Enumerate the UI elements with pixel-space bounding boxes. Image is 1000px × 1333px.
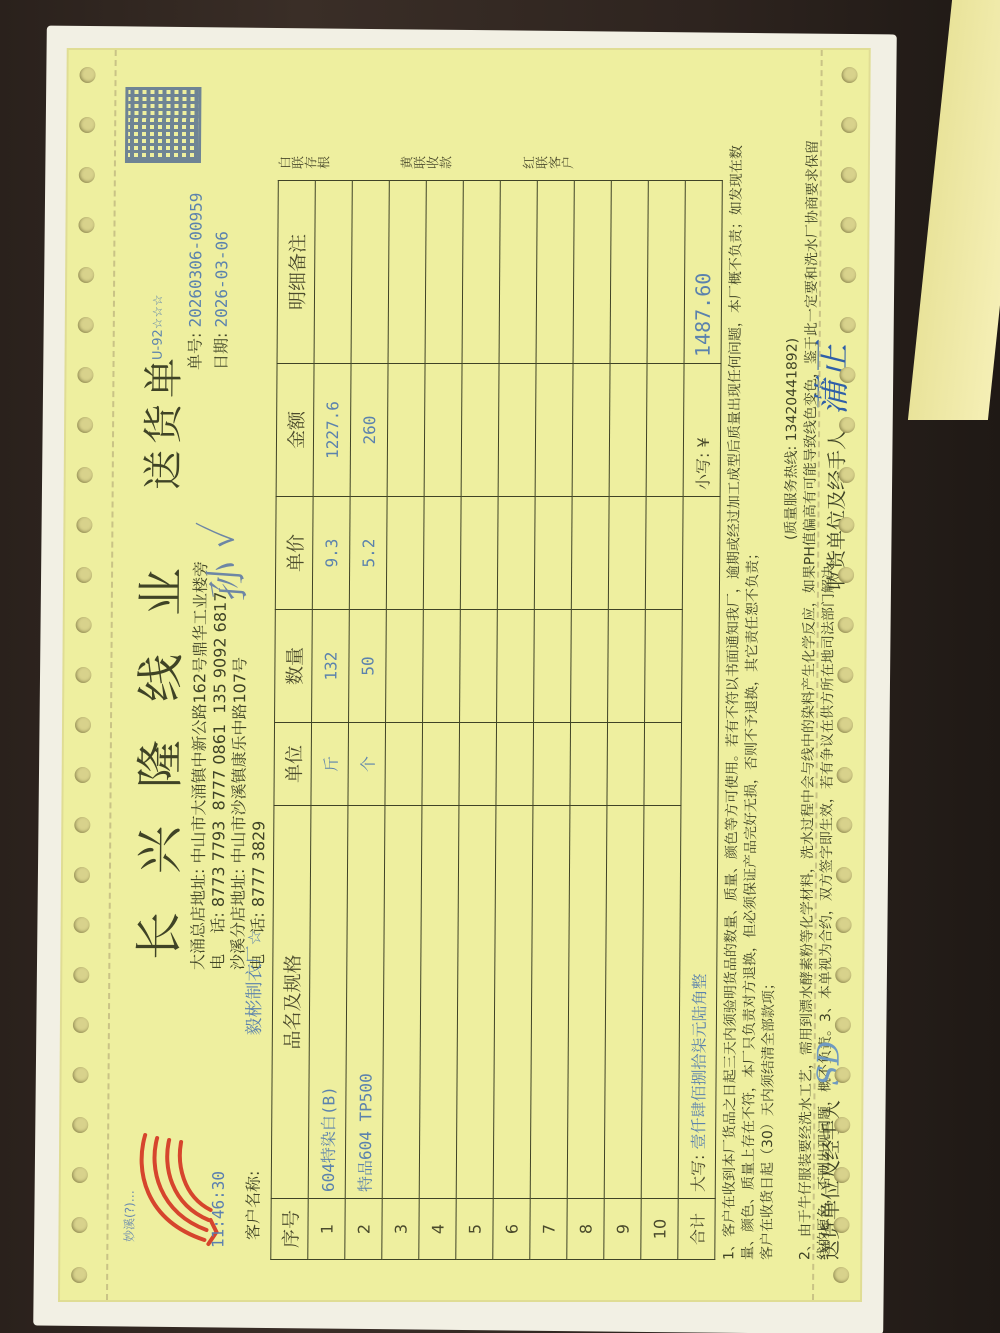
- lowercase-label: 小写: ¥: [683, 364, 721, 497]
- address-line: 电 话: 8773 7793 8777 0861 135 9092 6817: [208, 561, 231, 970]
- date-label: 日期:: [211, 333, 230, 370]
- customer-row: 客户名称: 毅彬制衣厂☆: [238, 929, 266, 1240]
- copy-label-red: 红联客户: [522, 157, 574, 172]
- col-header-note: 明细备注: [277, 181, 315, 364]
- order-meta: 单号: 20260306-00959 日期: 2026-03-06: [182, 193, 235, 370]
- copy-label-yellow: 黄联收款: [400, 157, 452, 172]
- delivery-note: 妙溪(?)… 11:46:30 长兴隆线业 送货单 大涌总店地址: 中山市大涌镇…: [60, 50, 869, 1300]
- customer-value: 毅彬制衣厂☆: [244, 929, 266, 1035]
- order-no-value: 20260306-00959: [186, 193, 206, 328]
- perforation-line-top: [106, 50, 117, 1300]
- document-type-title: 送货单: [132, 352, 190, 490]
- adjacent-paper-stack: [908, 0, 1000, 420]
- note-header: 妙溪(?)… 11:46:30 长兴隆线业 送货单 大涌总店地址: 中山市大涌镇…: [116, 90, 274, 1260]
- items-table: 序号 品名及规格 单位 数量 单价 金额 明细备注 1604特染白(B)斤132…: [270, 180, 723, 1260]
- address-line: 沙溪分店地址: 中山市沙溪镇康乐中路107号: [228, 561, 251, 970]
- col-header-price: 单价: [275, 497, 313, 610]
- col-header-amount: 金额: [276, 364, 314, 497]
- copy-labels: 白联存根 黄联收款 红联客户: [278, 142, 644, 172]
- col-header-name: 品名及规格: [271, 806, 311, 1199]
- print-time-stamp: 11:46:30: [208, 1171, 228, 1248]
- date-value: 2026-03-06: [212, 231, 232, 327]
- order-no-label: 单号:: [185, 333, 204, 370]
- qr-code-icon: [128, 90, 198, 160]
- handwritten-signature-mark: 孙 ✓: [187, 522, 256, 609]
- tractor-feed-holes-top: [60, 50, 107, 1300]
- logo-stamp-text: 妙溪(?)…: [120, 1190, 137, 1242]
- col-header-index: 序号: [271, 1199, 308, 1260]
- total-row: 合计 大写: 壹仟肆佰捌拾柒元陆角整 小写: ¥ 1487.60: [678, 181, 723, 1260]
- company-name: 长兴隆线业: [120, 530, 192, 960]
- delivery-note-rotated: 妙溪(?)… 11:46:30 长兴隆线业 送货单 大涌总店地址: 中山市大涌镇…: [60, 50, 869, 1300]
- lowercase-value: 1487.60: [684, 181, 722, 364]
- address-line: 电 话: 8777 3829: [248, 561, 271, 970]
- total-label: 合计: [678, 1199, 715, 1260]
- uppercase-label: 大写:: [688, 1155, 707, 1192]
- customer-label: 客户名称:: [243, 1171, 262, 1240]
- address-block: 大涌总店地址: 中山市大涌镇中新公路162号鼎华工业楼旁电 话: 8773 77…: [188, 561, 271, 970]
- address-line: 大涌总店地址: 中山市大涌镇中新公路162号鼎华工业楼旁: [188, 561, 211, 970]
- uppercase-value: 壹仟肆佰捌拾柒元陆角整: [689, 973, 709, 1149]
- copy-label-white: 白联存根: [278, 157, 330, 172]
- col-header-qty: 数量: [275, 610, 313, 723]
- col-header-unit: 单位: [274, 723, 312, 806]
- code-stamp: U-92☆☆☆: [151, 294, 166, 360]
